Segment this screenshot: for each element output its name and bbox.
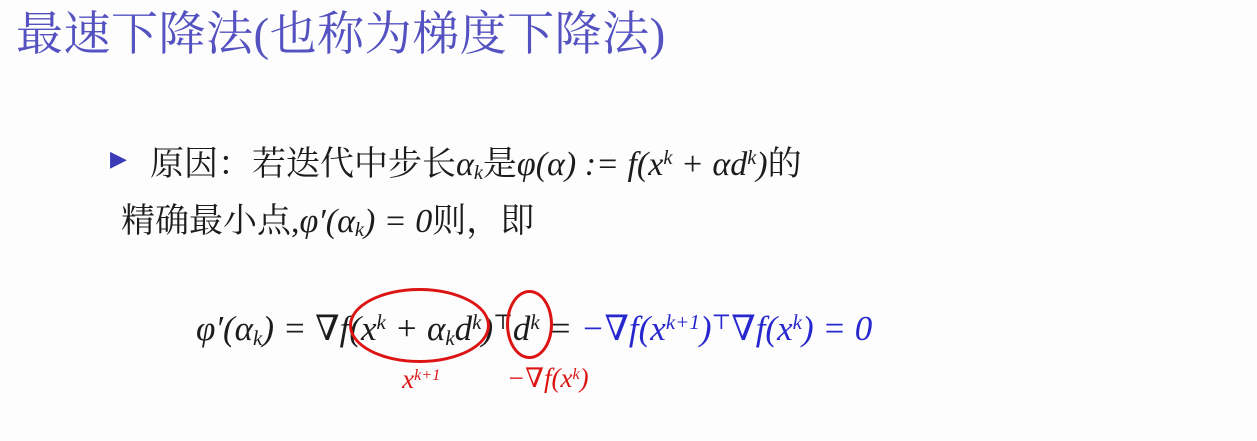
slide-title: 最速下降法(也称为梯度下降法)	[16, 4, 666, 66]
bullet-triangle-icon: ▶	[110, 148, 127, 170]
ellipse-term-text: xk + αkdk	[361, 309, 482, 348]
formula-line: φ′(αk) = ∇f(xk + αkdkxk+1)⊤dk−∇f(xk) = −…	[196, 303, 872, 355]
formula-blue-part: −∇f(xk+1)⊤∇f(xk) = 0	[581, 309, 872, 348]
bullet-line-2: 精确最小点,φ′(αk) = 0则，即	[121, 197, 534, 247]
slide: 最速下降法(也称为梯度下降法) ▶ 原因：若迭代中步长αk是φ(α) := f(…	[0, 0, 1257, 441]
bullet-line-1: 原因：若迭代中步长αk是φ(α) := f(xk + αdk)的	[150, 140, 802, 190]
formula-lead: φ′(αk) = ∇f(	[196, 309, 361, 348]
red-label-xk1: xk+1	[402, 364, 440, 394]
circle-annotated-term: dk−∇f(xk)	[513, 303, 540, 355]
transpose-after-ellipse: )⊤	[482, 309, 513, 348]
circle-term-text: dk	[513, 309, 540, 348]
ellipse-annotated-term: xk + αkdkxk+1	[361, 303, 482, 355]
red-label-neg-gradient: −∇f(xk)	[507, 363, 589, 393]
formula-mid-equals: =	[540, 309, 581, 348]
